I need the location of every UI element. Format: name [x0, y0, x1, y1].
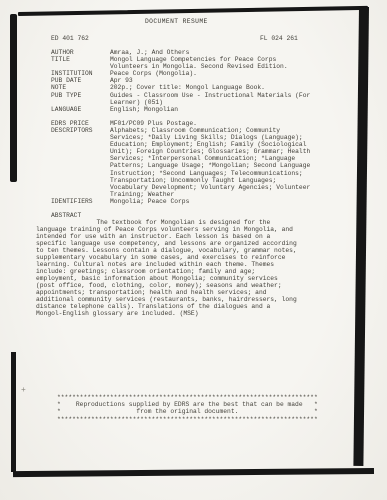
scan-border-left-lower-edge: [11, 352, 16, 472]
field-label-author: AUTHOR: [51, 49, 110, 56]
registration-mark: +: [21, 387, 26, 394]
ed-accession-number: ED 401 762: [51, 35, 89, 42]
bibliographic-fields: AUTHOR Amraa, J.; And Others TITLE Mongo…: [51, 49, 310, 205]
field-value-pub-type: Guides - Classroom Use - Instructional M…: [110, 92, 310, 106]
field-value-edrs-price: MF01/PC09 Plus Postage.: [110, 120, 310, 127]
field-value-pub-date: Apr 93: [110, 77, 310, 84]
edrs-reproduction-notice: ****************************************…: [57, 394, 318, 423]
field-label-institution: INSTITUTION: [51, 70, 110, 77]
field-value-institution: Peace Corps (Mongolia).: [110, 70, 310, 77]
abstract-text: The textbook for Mongolian is designed f…: [36, 219, 297, 317]
field-value-identifiers: Mongolia; Peace Corps: [110, 198, 310, 205]
field-label-title: TITLE: [51, 56, 110, 70]
scan-border-left-upper-edge: [10, 14, 17, 182]
field-value-descriptors: Alphabets; Classroom Communication; Comm…: [110, 127, 310, 198]
scan-border-right-edge: [353, 7, 369, 466]
field-value-title: Mongol Language Competencies for Peace C…: [110, 56, 310, 70]
field-value-language: English; Mongolian: [110, 106, 310, 113]
field-label-edrs-price: EDRS PRICE: [51, 120, 110, 127]
scan-border-bottom-edge: [13, 468, 374, 477]
field-label-pub-type: PUB TYPE: [51, 92, 110, 106]
scan-border-top-edge: [18, 6, 368, 16]
field-label-identifiers: IDENTIFIERS: [51, 198, 110, 205]
field-label-pub-date: PUB DATE: [51, 77, 110, 84]
page-title: DOCUMENT RESUME: [145, 18, 208, 25]
field-label-descriptors: DESCRIPTORS: [51, 127, 110, 198]
field-label-language: LANGUAGE: [51, 106, 110, 113]
document-resume-page: DOCUMENT RESUME ED 401 762 FL 024 261 AU…: [0, 0, 387, 500]
clearinghouse-number: FL 024 261: [260, 35, 298, 42]
field-label-note: NOTE: [51, 84, 110, 91]
field-value-author: Amraa, J.; And Others: [110, 49, 310, 56]
field-value-note: 202p.; Cover title: Mongol Language Book…: [110, 84, 310, 91]
